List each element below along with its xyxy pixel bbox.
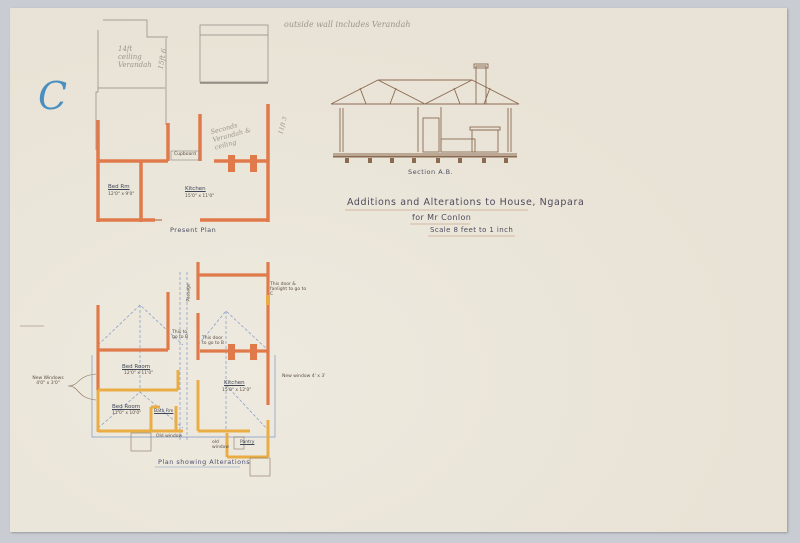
chimney-blocks <box>228 155 257 172</box>
pencil-note-verandah: outside wall includes Verandah <box>284 20 411 29</box>
old-window-note-right: old window <box>212 440 226 450</box>
alterations-plan-caption: Plan showing Alterations <box>158 458 250 466</box>
section-ab-elevation <box>331 64 519 157</box>
present-bedroom-dims: 12'0" x 9'0" <box>108 192 134 197</box>
section-piers <box>345 158 508 163</box>
to-b-note: This to go to B <box>172 330 194 340</box>
alt-bedroom2-label: Bed Room <box>112 404 140 410</box>
pencil-note-ceiling: 14ft ceiling Verandah <box>118 45 148 69</box>
alt-bedroom1-dims: 12'0" x 11'0" <box>124 371 153 376</box>
door-fanlight-note: This door & fanlight to go to C <box>270 282 308 297</box>
door-to-b-note: This door to go to B <box>202 336 228 346</box>
drawing-client: for Mr Conlon <box>412 213 471 222</box>
alt-kitchen-label: Kitchen <box>224 380 245 386</box>
new-walls <box>98 295 268 457</box>
old-window-note-left: Old window <box>156 434 182 439</box>
catalog-mark: C <box>38 74 67 118</box>
present-bedroom-label: Bed Rm <box>108 184 130 190</box>
passage-note: Passage <box>187 283 192 301</box>
drawing-scale: Scale 8 feet to 1 inch <box>430 226 513 234</box>
drawing-title: Additions and Alterations to House, Ngap… <box>347 197 584 208</box>
alt-bedroom1-label: Bed Room <box>122 364 150 370</box>
present-kitchen-dims: 15'0" x 11'0" <box>185 194 214 199</box>
alt-pantry-label: Pantry <box>240 440 254 445</box>
alt-bathroom-label: Bath Rm <box>154 409 173 414</box>
section-caption: Section A.B. <box>408 168 453 176</box>
cupboard-label: Cupboard <box>174 152 196 157</box>
verandah-outline <box>92 355 275 437</box>
new-windows-note: New Windows 4'0" x 3'0" <box>30 376 66 386</box>
alt-bedroom2-dims: 11'0" x 10'0" <box>112 411 141 416</box>
alt-kitchen-dims: 15'0" x 12'0" <box>222 388 251 393</box>
drawing-linework <box>0 0 800 543</box>
present-kitchen-label: Kitchen <box>185 186 206 192</box>
new-window-note: New window 4' x 3' <box>282 374 325 379</box>
present-plan-caption: Present Plan <box>170 226 216 234</box>
